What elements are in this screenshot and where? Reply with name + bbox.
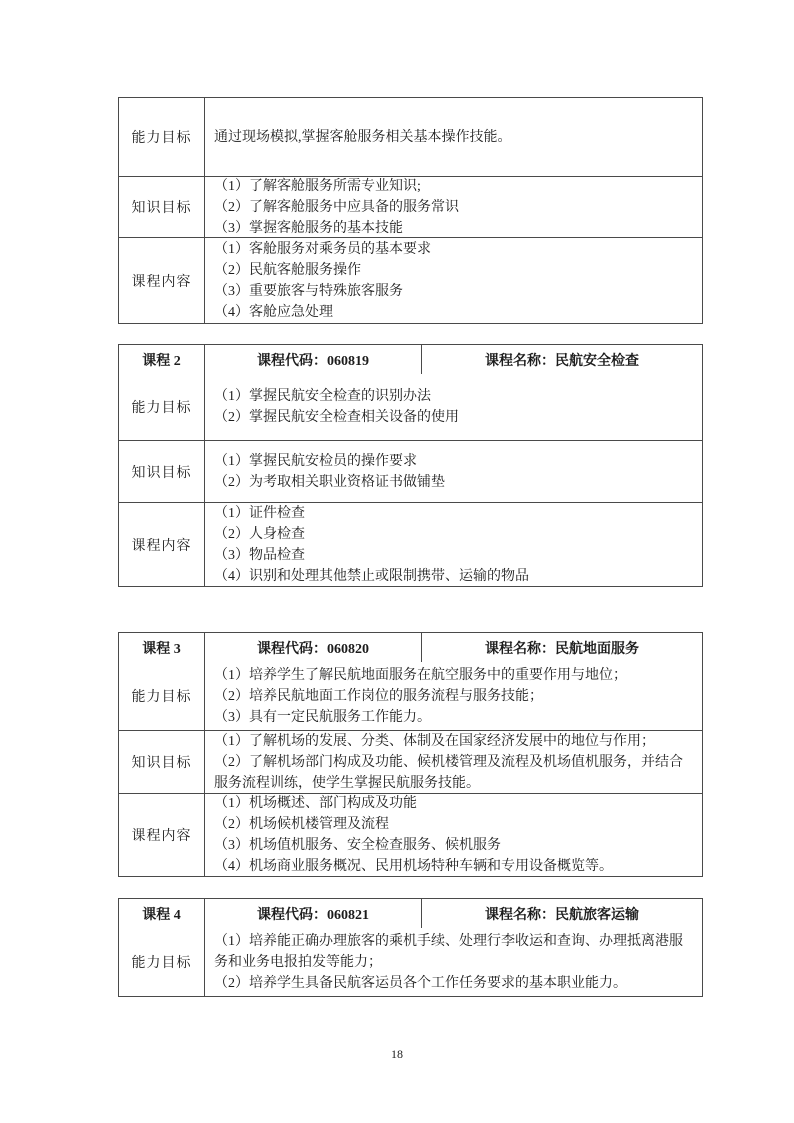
ability-goals-cell: （1）掌握民航安全检查的识别办法 （2）掌握民航安全检查相关设备的使用	[204, 374, 702, 440]
row-label: 能力目标	[119, 662, 204, 730]
course-content-cell: （1）客舱服务对乘务员的基本要求 （2）民航客舱服务操作 （3）重要旅客与特殊旅…	[204, 238, 702, 323]
content-item: （3）物品检查	[214, 545, 694, 566]
page-number: 18	[0, 1047, 794, 1062]
course-name-cell: 课程名称：民航安全检查	[421, 345, 702, 374]
course-table-3: 课程 3 课程代码：060820 课程名称：民航地面服务 能力目标 （1）培养学…	[118, 632, 703, 877]
row-label: 知识目标	[119, 731, 204, 793]
row-label: 课程内容	[119, 503, 204, 586]
content-item: （2）民航客舱服务操作	[214, 260, 694, 281]
course-name-cell: 课程名称：民航地面服务	[421, 633, 702, 662]
goal-item: （2）掌握民航安全检查相关设备的使用	[214, 407, 694, 428]
ability-goals-cell: 通过现场模拟,掌握客舱服务相关基本操作技能。	[204, 98, 702, 176]
goal-item: （1）培养学生了解民航地面服务在航空服务中的重要作用与地位；	[214, 665, 694, 686]
goal-item: （1）了解机场的发展、分类、体制及在国家经济发展中的地位与作用；	[214, 731, 694, 752]
course-header-row: 课程 2 课程代码：060819 课程名称：民航安全检查	[119, 345, 702, 374]
table-row: 能力目标 （1）掌握民航安全检查的识别办法 （2）掌握民航安全检查相关设备的使用	[119, 374, 702, 440]
goal-item: （3）掌握客舱服务的基本技能	[214, 218, 694, 239]
content-item: （1）机场概述、部门构成及功能	[214, 793, 694, 814]
course-number-cell: 课程 2	[119, 345, 204, 374]
table-row: 能力目标 （1）培养学生了解民航地面服务在航空服务中的重要作用与地位； （2）培…	[119, 662, 702, 730]
row-label: 能力目标	[119, 928, 204, 996]
content-item: （3）重要旅客与特殊旅客服务	[214, 281, 694, 302]
content-item: （4）机场商业服务概况、民用机场特种车辆和专用设备概览等。	[214, 856, 694, 877]
goal-item: （2）培养民航地面工作岗位的服务流程与服务技能；	[214, 686, 694, 707]
knowledge-goals-cell: （1）了解机场的发展、分类、体制及在国家经济发展中的地位与作用； （2）了解机场…	[204, 731, 702, 793]
goal-item: （2）为考取相关职业资格证书做铺垫	[214, 472, 694, 493]
row-label: 课程内容	[119, 794, 204, 876]
table-row: 课程内容 （1）证件检查 （2）人身检查 （3）物品检查 （4）识别和处理其他禁…	[119, 502, 702, 586]
course-content-cell: （1）证件检查 （2）人身检查 （3）物品检查 （4）识别和处理其他禁止或限制携…	[204, 503, 702, 586]
row-label: 能力目标	[119, 98, 204, 176]
course-content-cell: （1）机场概述、部门构成及功能 （2）机场候机楼管理及流程 （3）机场值机服务、…	[204, 794, 702, 876]
goal-item: 通过现场模拟,掌握客舱服务相关基本操作技能。	[214, 127, 694, 148]
goal-item: （2）培养学生具备民航客运员各个工作任务要求的基本职业能力。	[214, 973, 694, 994]
course-code-cell: 课程代码：060820	[204, 633, 421, 662]
course-number-cell: 课程 4	[119, 899, 204, 928]
row-label: 能力目标	[119, 374, 204, 440]
course-table-4: 课程 4 课程代码：060821 课程名称：民航旅客运输 能力目标 （1）培养能…	[118, 898, 703, 997]
content-item: （1）证件检查	[214, 503, 694, 524]
goal-item: （1）掌握民航安检员的操作要求	[214, 451, 694, 472]
course-table-1-continued: 能力目标 通过现场模拟,掌握客舱服务相关基本操作技能。 知识目标 （1）了解客舱…	[118, 97, 703, 324]
table-row: 能力目标 （1）培养能正确办理旅客的乘机手续、处理行李收运和查询、办理抵离港服务…	[119, 928, 702, 996]
course-name-cell: 课程名称：民航旅客运输	[421, 899, 702, 928]
goal-item: （3）具有一定民航服务工作能力。	[214, 707, 694, 728]
goal-item: （2）了解机场部门构成及功能、候机楼管理及流程及机场值机服务，并结合服务流程训练…	[214, 752, 694, 794]
content-item: （2）机场候机楼管理及流程	[214, 814, 694, 835]
ability-goals-cell: （1）培养学生了解民航地面服务在航空服务中的重要作用与地位； （2）培养民航地面…	[204, 662, 702, 730]
table-row: 能力目标 通过现场模拟,掌握客舱服务相关基本操作技能。	[119, 98, 702, 176]
goal-item: （1）掌握民航安全检查的识别办法	[214, 386, 694, 407]
content-item: （4）客舱应急处理	[214, 302, 694, 323]
table-row: 课程内容 （1）机场概述、部门构成及功能 （2）机场候机楼管理及流程 （3）机场…	[119, 793, 702, 876]
course-header-row: 课程 4 课程代码：060821 课程名称：民航旅客运输	[119, 899, 702, 928]
course-code-cell: 课程代码：060819	[204, 345, 421, 374]
goal-item: （2）了解客舱服务中应具备的服务常识	[214, 197, 694, 218]
course-code-cell: 课程代码：060821	[204, 899, 421, 928]
knowledge-goals-cell: （1）掌握民航安检员的操作要求 （2）为考取相关职业资格证书做铺垫	[204, 441, 702, 502]
document-page: 能力目标 通过现场模拟,掌握客舱服务相关基本操作技能。 知识目标 （1）了解客舱…	[0, 0, 794, 1123]
content-item: （1）客舱服务对乘务员的基本要求	[214, 239, 694, 260]
table-row: 知识目标 （1）了解机场的发展、分类、体制及在国家经济发展中的地位与作用； （2…	[119, 730, 702, 793]
course-number-cell: 课程 3	[119, 633, 204, 662]
content-item: （4）识别和处理其他禁止或限制携带、运输的物品	[214, 566, 694, 587]
row-label: 课程内容	[119, 238, 204, 323]
knowledge-goals-cell: （1）了解客舱服务所需专业知识; （2）了解客舱服务中应具备的服务常识 （3）掌…	[204, 177, 702, 237]
table-row: 课程内容 （1）客舱服务对乘务员的基本要求 （2）民航客舱服务操作 （3）重要旅…	[119, 237, 702, 323]
content-item: （3）机场值机服务、安全检查服务、候机服务	[214, 835, 694, 856]
goal-item: （1）培养能正确办理旅客的乘机手续、处理行李收运和查询、办理抵离港服务和业务电报…	[214, 931, 694, 973]
goal-item: （1）了解客舱服务所需专业知识;	[214, 176, 694, 197]
table-row: 知识目标 （1）掌握民航安检员的操作要求 （2）为考取相关职业资格证书做铺垫	[119, 440, 702, 502]
course-table-2: 课程 2 课程代码：060819 课程名称：民航安全检查 能力目标 （1）掌握民…	[118, 344, 703, 587]
row-label: 知识目标	[119, 441, 204, 502]
row-label: 知识目标	[119, 177, 204, 237]
content-item: （2）人身检查	[214, 524, 694, 545]
table-row: 知识目标 （1）了解客舱服务所需专业知识; （2）了解客舱服务中应具备的服务常识…	[119, 176, 702, 237]
ability-goals-cell: （1）培养能正确办理旅客的乘机手续、处理行李收运和查询、办理抵离港服务和业务电报…	[204, 928, 702, 996]
course-header-row: 课程 3 课程代码：060820 课程名称：民航地面服务	[119, 633, 702, 662]
